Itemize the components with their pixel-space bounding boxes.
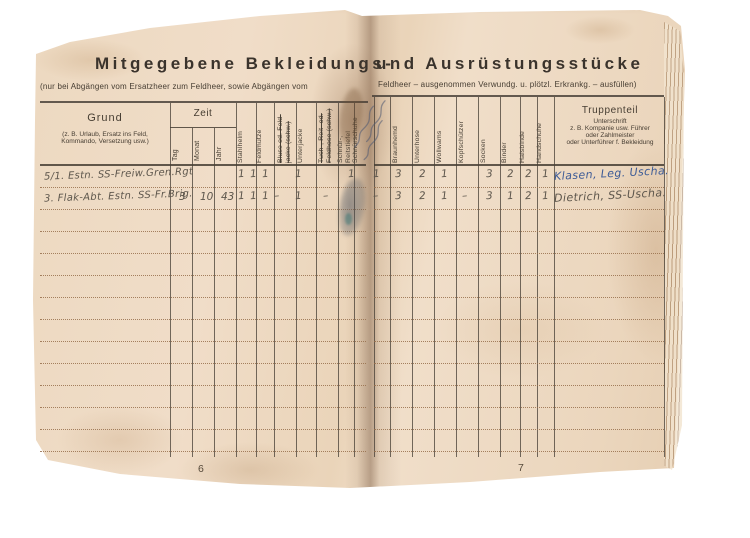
date-tag: 3 bbox=[179, 191, 186, 203]
row-dotted-line bbox=[374, 231, 664, 232]
zeit-subcolumn-label-tag: Tag bbox=[172, 128, 190, 161]
row-dotted-line bbox=[374, 275, 664, 276]
item-value-halsbinde: 2 bbox=[525, 168, 533, 180]
item-column-label-socken: Socken bbox=[480, 106, 500, 163]
column-divider bbox=[412, 97, 413, 457]
row-dotted-line bbox=[40, 429, 366, 430]
item-value-wollwams: 1 bbox=[441, 168, 449, 180]
column-divider bbox=[434, 97, 435, 457]
row-dotted-line bbox=[40, 275, 366, 276]
item-column-label-handschuhe: Handschuhe bbox=[536, 106, 556, 163]
item-value-gutter: – bbox=[373, 190, 379, 202]
page-number-right: 7 bbox=[518, 462, 525, 474]
row-dotted-line bbox=[40, 319, 366, 320]
item-value-handschuhe: 1 bbox=[542, 190, 550, 202]
item-column-label-stahlhelm: Stahlhelm bbox=[237, 106, 257, 163]
item-value-handschuhe: 1 bbox=[542, 168, 550, 180]
row-dotted-line bbox=[374, 451, 664, 452]
row-dotted-line bbox=[374, 319, 664, 320]
date-jahr: 43 bbox=[221, 191, 234, 203]
item-value-braunhemd: 3 bbox=[395, 190, 403, 202]
row-dotted-line bbox=[374, 407, 664, 408]
header-bottom-line bbox=[374, 164, 664, 166]
scanned-book-spread: Mitgegebene Bekleidungs- und Ausrüstungs… bbox=[0, 0, 750, 538]
item-column-label-unterhose: Unterhose bbox=[414, 106, 434, 163]
item-column-label-binder: Binder bbox=[501, 106, 521, 163]
row-dotted-line bbox=[40, 253, 366, 254]
item-value-feldmuetze: 1 bbox=[250, 168, 258, 180]
item-column-label-wollwams: Wollwams bbox=[436, 106, 456, 163]
item-column-label-kopfschuetzer: Kopfschützer bbox=[458, 106, 478, 163]
row-dotted-line bbox=[40, 385, 366, 386]
row-dotted-line bbox=[40, 231, 366, 232]
item-value-unterhose: 2 bbox=[419, 168, 427, 180]
column-divider bbox=[664, 97, 665, 457]
item-value-stahlhelm: 1 bbox=[238, 190, 246, 202]
item-value-unterhose: 2 bbox=[419, 190, 427, 202]
item-value-bluse: 1 bbox=[262, 168, 270, 180]
item-value-socken: 3 bbox=[486, 190, 494, 202]
column-divider bbox=[390, 97, 391, 457]
item-value-hose: 1 bbox=[295, 190, 303, 202]
row-dotted-line bbox=[374, 253, 664, 254]
item-column-label-hose: Tuch-, Reit- od. Feldhose (schw.) bbox=[318, 106, 338, 163]
page-number-left: 6 bbox=[198, 463, 205, 475]
zeit-subcolumn-label-monat: Monat bbox=[194, 128, 212, 161]
item-column-label-bluse: Bluse od. Feld- jacke (schw.) bbox=[277, 106, 297, 163]
column-divider bbox=[170, 103, 171, 457]
item-value-stiefel: – bbox=[323, 190, 329, 202]
date-monat: 10 bbox=[200, 191, 213, 203]
row-dotted-line bbox=[40, 187, 366, 188]
row-dotted-line bbox=[40, 341, 366, 342]
signature: Klasen, Leg. Uscha. bbox=[554, 164, 670, 183]
table-grid: TagMonatJahrStahlhelmFeldmützeBluse od. … bbox=[0, 0, 750, 538]
item-value-binder: 1 bbox=[507, 190, 515, 202]
zeit-subcolumn-label-jahr: Jahr bbox=[216, 128, 234, 161]
column-divider bbox=[456, 97, 457, 457]
item-value-socken: 3 bbox=[486, 168, 494, 180]
teal-speck bbox=[345, 213, 352, 225]
row-dotted-line bbox=[40, 407, 366, 408]
row-dotted-line bbox=[374, 297, 664, 298]
row-dotted-line bbox=[40, 363, 366, 364]
signature: Dietrich, SS-Uscha. bbox=[554, 186, 667, 205]
row-dotted-line bbox=[374, 209, 664, 210]
item-value-bluse: 1 bbox=[262, 190, 270, 202]
item-value-binder: 2 bbox=[507, 168, 515, 180]
item-value-wollwams: 1 bbox=[441, 190, 449, 202]
item-value-halsbinde: 2 bbox=[525, 190, 533, 202]
header-bottom-line bbox=[40, 164, 366, 166]
item-value-braunhemd: 3 bbox=[395, 168, 403, 180]
item-value-hose: 1 bbox=[295, 168, 303, 180]
row-dotted-line bbox=[40, 297, 366, 298]
row-dotted-line bbox=[374, 385, 664, 386]
item-value-stahlhelm: 1 bbox=[238, 168, 246, 180]
row-dotted-line bbox=[374, 341, 664, 342]
item-value-gutter: 1 bbox=[373, 168, 381, 180]
item-value-unterjacke: – bbox=[274, 190, 280, 202]
item-column-label-feldmuetze: Feldmütze bbox=[256, 106, 276, 163]
row-dotted-line bbox=[40, 209, 366, 210]
row-dotted-line bbox=[374, 363, 664, 364]
item-value-feldmuetze: 1 bbox=[250, 190, 258, 202]
item-column-label-unterjacke: Unterjacke bbox=[297, 106, 317, 163]
row-dotted-line bbox=[374, 429, 664, 430]
item-value-kopfschuetzer: – bbox=[462, 190, 468, 202]
row-dotted-line bbox=[40, 451, 366, 452]
column-divider bbox=[478, 97, 479, 457]
